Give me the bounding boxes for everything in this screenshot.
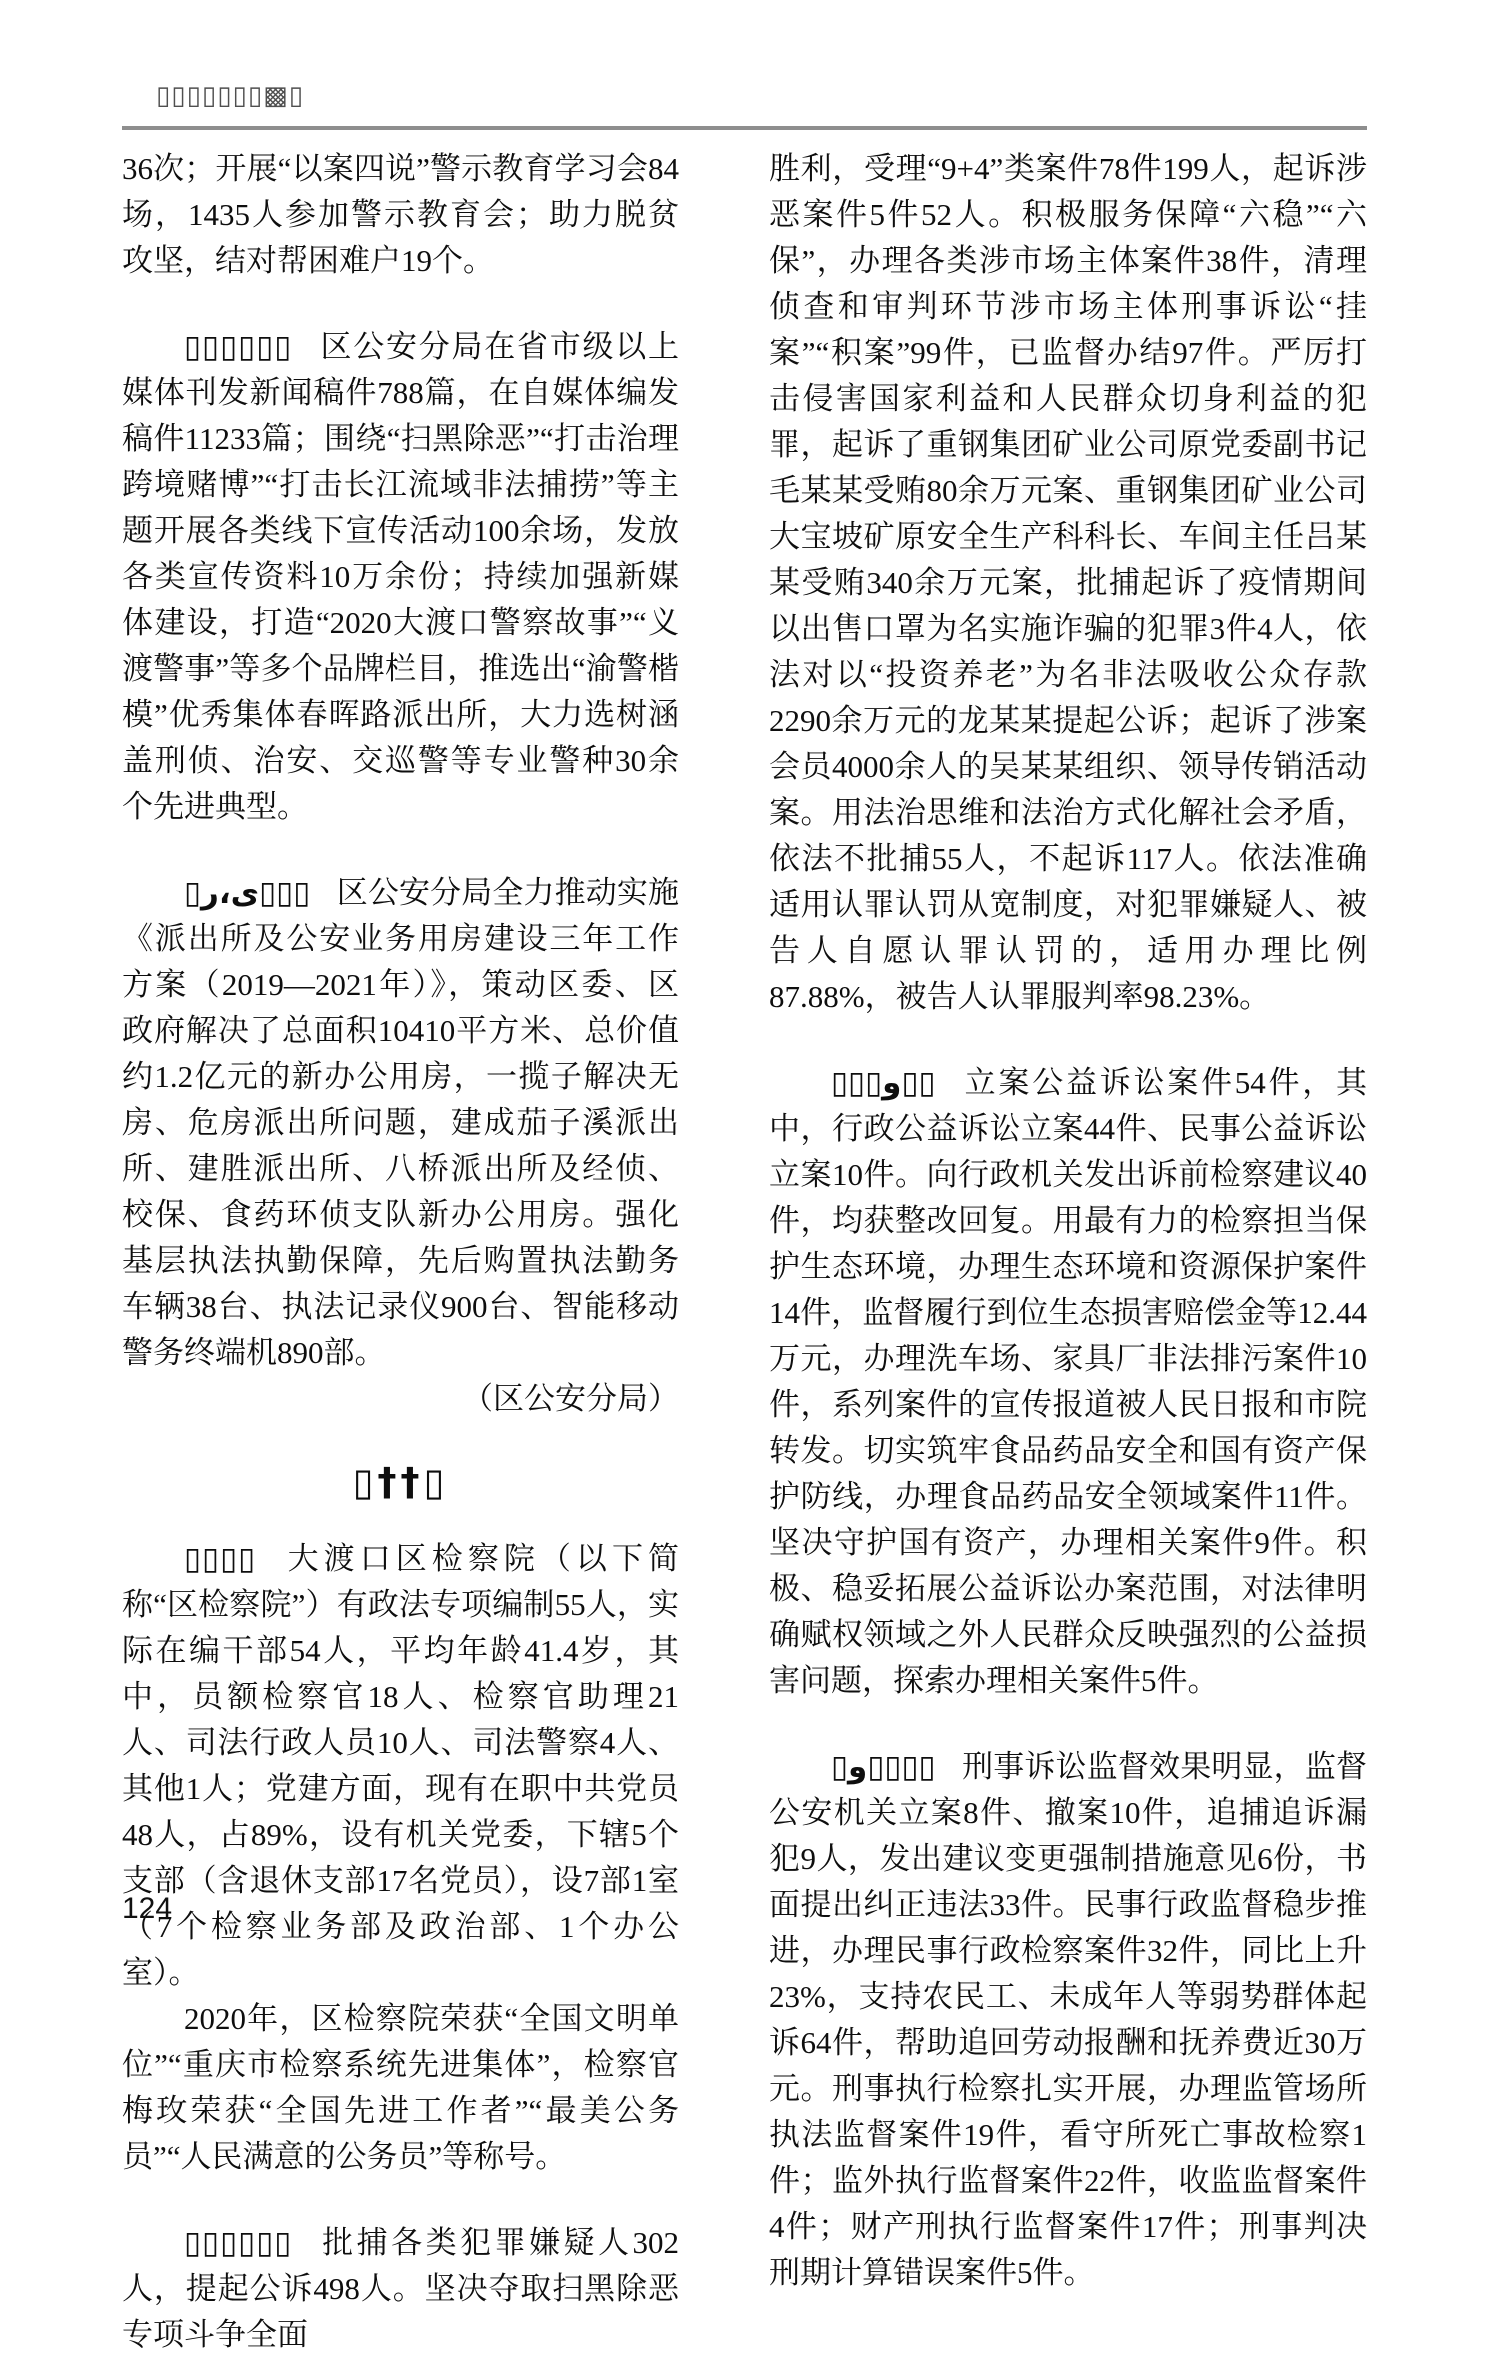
entry-paragraph: ▯▯▯▯▯▯批捕各类犯罪嫌疑人302人，提起公诉498人。坚决夺取扫黑除恶专项斗…	[122, 2220, 679, 2358]
entry-paragraph: ▯و▯▯▯▯刑事诉讼监督效果明显，监督公安机关立案8件、撤案10件，追捕追诉漏犯…	[769, 1744, 1367, 2296]
left-column: 36次；开展“以案四说”警示教育学习会84场，1435人参加警示教育会；助力脱贫…	[122, 146, 679, 2358]
header-rule	[122, 126, 1367, 130]
signature-line: （区公安分局）	[122, 1376, 679, 1422]
entry-text: 刑事诉讼监督效果明显，监督公安机关立案8件、撤案10件，追捕追诉漏犯9人，发出建…	[769, 1749, 1367, 2290]
right-column: 胜利，受理“9+4”类案件78件199人，起诉涉恶案件5件52人。积极服务保障“…	[769, 146, 1367, 2296]
entry-heading-tofu-arabic: ▯ر،ى▯▯▯	[184, 875, 310, 911]
entry-heading-tofu-arabic: ▯و▯▯▯▯	[831, 1749, 936, 1785]
two-column-layout: 36次；开展“以案四说”警示教育学习会84场，1435人参加警示教育会；助力脱贫…	[122, 146, 1367, 2358]
entry-text: 区公安分局全力推动实施《派出所及公安业务用房建设三年工作方案（2019—2021…	[122, 875, 679, 1370]
entry-heading-tofu-arabic: ▯▯▯و▯▯	[831, 1065, 936, 1101]
entry-heading-tofu: ▯▯▯▯	[184, 1541, 256, 1577]
entry-heading-tofu: ▯▯▯▯▯▯	[184, 329, 292, 365]
header-title: ▯▯▯▯▯▯▯▩▯	[156, 80, 304, 112]
entry-text: 区公安分局在省市级以上媒体刊发新闻稿件788篇，在自媒体编发稿件11233篇；围…	[122, 329, 679, 824]
paragraph: 2020年，区检察院荣获“全国文明单位”“重庆市检察系统先进集体”，检察官梅玫荣…	[122, 1996, 679, 2180]
paragraph-continuation: 36次；开展“以案四说”警示教育学习会84场，1435人参加警示教育会；助力脱贫…	[122, 146, 679, 284]
entry-text: 立案公益诉讼案件54件，其中，行政公益诉讼立案44件、民事公益诉讼立案10件。向…	[769, 1065, 1367, 1698]
entry-paragraph: ▯▯▯▯大渡口区检察院（以下简称“区检察院”）有政法专项编制55人，实际在编干部…	[122, 1536, 679, 1996]
entry-paragraph: ▯▯▯و▯▯立案公益诉讼案件54件，其中，行政公益诉讼立案44件、民事公益诉讼立…	[769, 1060, 1367, 1704]
entry-paragraph: ▯▯▯▯▯▯区公安分局在省市级以上媒体刊发新闻稿件788篇，在自媒体编发稿件11…	[122, 324, 679, 830]
entry-paragraph: ▯ر،ى▯▯▯区公安分局全力推动实施《派出所及公安业务用房建设三年工作方案（20…	[122, 870, 679, 1376]
entry-heading-tofu: ▯▯▯▯▯▯	[184, 2225, 292, 2261]
page-number: 124	[122, 1892, 172, 1926]
section-title: ▯††▯	[122, 1460, 679, 1504]
entry-text: 大渡口区检察院（以下简称“区检察院”）有政法专项编制55人，实际在编干部54人，…	[122, 1541, 679, 1990]
paragraph-continuation: 胜利，受理“9+4”类案件78件199人，起诉涉恶案件5件52人。积极服务保障“…	[769, 146, 1367, 1020]
